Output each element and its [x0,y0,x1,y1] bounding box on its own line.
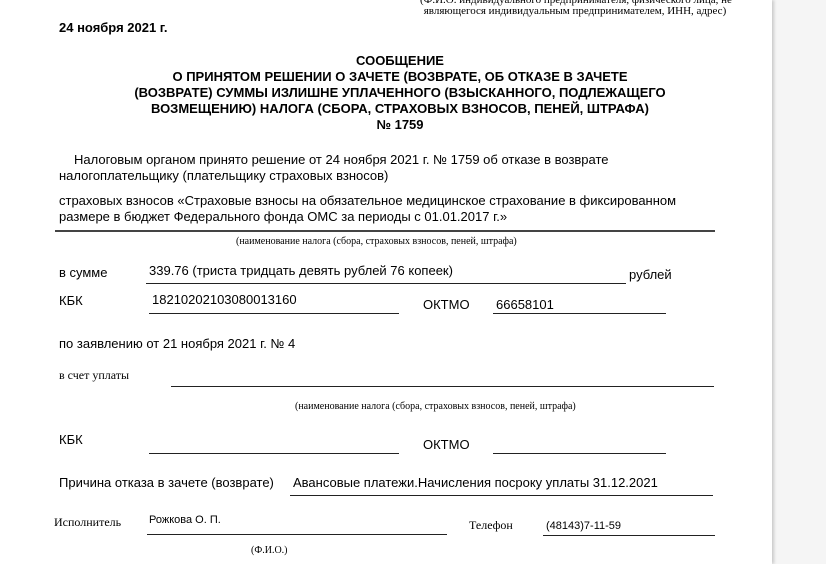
application-text: по заявлению от 21 ноября 2021 г. № 4 [59,336,295,352]
oktmo-label: ОКТМО [423,297,470,313]
title-line4: ВОЗМЕЩЕНИЮ) НАЛОГА (СБОРА, СТРАХОВЫХ ВЗН… [100,101,700,117]
kbk2-label: КБК [59,432,83,448]
document-title: СООБЩЕНИЕ О ПРИНЯТОМ РЕШЕНИИ О ЗАЧЕТЕ (В… [100,53,700,133]
decision-text-line2: налогоплательщику (плательщику страховых… [59,168,388,184]
offset-caption: (наименование налога (сбора, страховых в… [295,401,576,412]
phone-underline [543,535,715,536]
phone-label: Телефон [469,518,513,533]
document-date: 24 ноября 2021 г. [59,20,168,35]
phone-value: (48143)7-11-59 [546,520,621,532]
kbk-underline [149,313,399,314]
recipient-caption-line2: являющегося индивидуальным предпринимате… [420,5,730,17]
kbk2-underline [149,453,399,454]
executor-underline [147,534,447,535]
offset-label: в счет уплаты [59,368,129,383]
decision-text-line1: Налоговым органом принято решение от 24 … [74,152,609,168]
oktmo-value: 66658101 [496,297,554,313]
amount-unit: рублей [629,267,672,283]
oktmo2-label: ОКТМО [423,437,470,453]
refusal-value: Авансовые платежи.Начисления посроку упл… [293,475,658,491]
refusal-underline [290,495,713,496]
title-line3: (ВОЗВРАТЕ) СУММЫ ИЗЛИШНЕ УПЛАЧЕННОГО (ВЗ… [100,85,700,101]
kbk-label: КБК [59,293,83,309]
tax-name-line2: размере в бюджет Федерального фонда ОМС … [59,209,507,225]
amount-value: 339.76 (триста тридцать девять рублей 76… [149,263,453,279]
title-line2: О ПРИНЯТОМ РЕШЕНИИ О ЗАЧЕТЕ (ВОЗВРАТЕ, О… [100,69,700,85]
executor-label: Исполнитель [54,515,121,530]
kbk-value: 18210202103080013160 [152,292,297,308]
document-page: (Ф.И.О. индивидуального предпринимателя,… [0,0,772,564]
oktmo2-underline [493,453,666,454]
offset-underline [171,386,714,387]
title-line1: СООБЩЕНИЕ [100,53,700,69]
executor-caption: (Ф.И.О.) [251,545,288,556]
document-number: № 1759 [100,117,700,133]
tax-name-line1: страховых взносов «Страховые взносы на о… [59,193,676,209]
tax-name-caption: (наименование налога (сбора, страховых в… [236,236,517,247]
tax-name-underline [55,230,715,232]
oktmo-underline [493,313,666,314]
executor-value: Рожкова О. П. [149,514,221,526]
amount-label: в сумме [59,265,107,281]
amount-underline [146,283,626,284]
refusal-label: Причина отказа в зачете (возврате) [59,475,274,491]
